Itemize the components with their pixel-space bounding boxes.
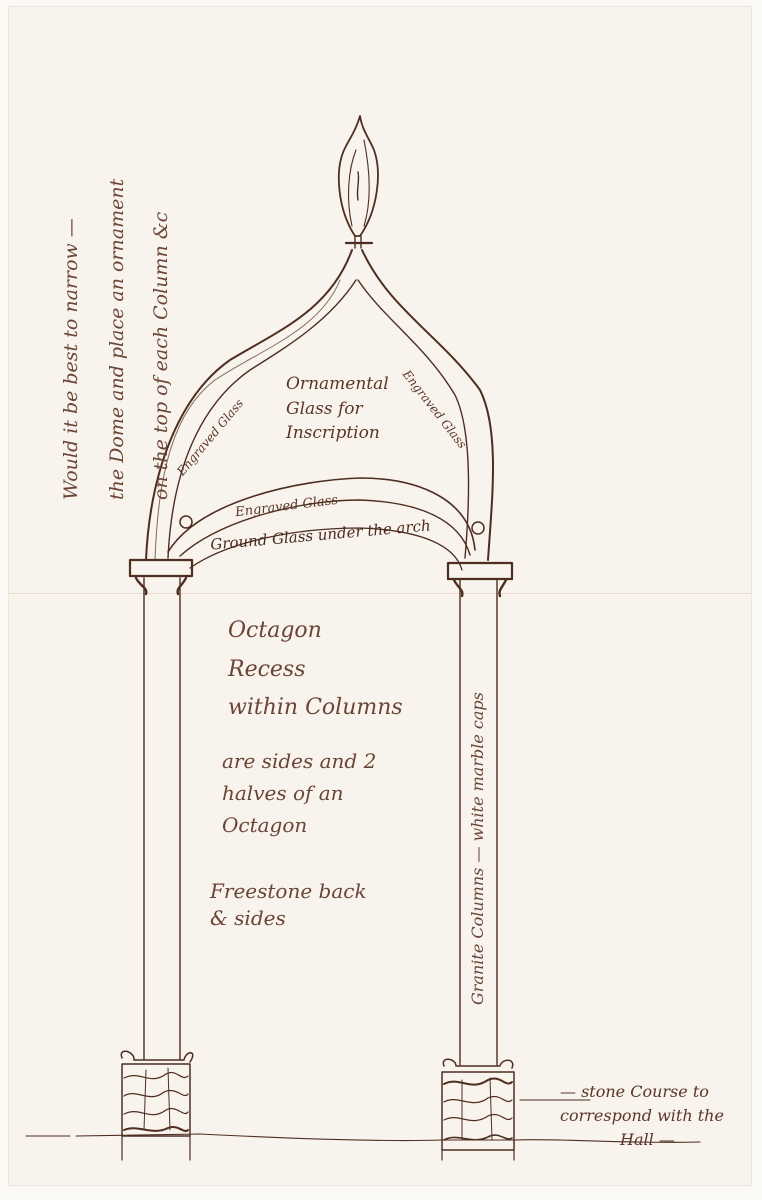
freestone-line-1: Freestone back (210, 878, 367, 905)
finial-flame-icon (339, 116, 378, 248)
ornament-line-2: Glass for (286, 397, 389, 422)
right-column-pedestal (442, 1059, 514, 1160)
inner-round-arch (168, 478, 484, 570)
margin-note-line-3: on the top of each Column &c (152, 212, 171, 500)
margin-note-line-2: the Dome and place an ornament (108, 179, 127, 500)
stone-course-line-1: — stone Course to (560, 1080, 724, 1104)
octagon-recess-label: Octagon Recess within Columns (228, 612, 403, 728)
freestone-label: Freestone back & sides (210, 878, 367, 932)
granite-column-label: Granite Columns — white marble caps (470, 692, 486, 1005)
margin-note-line-1: Would it be best to narrow — (62, 218, 81, 500)
page: Would it be best to narrow — the Dome an… (0, 0, 762, 1200)
left-column-capital (130, 560, 192, 594)
freestone-line-2: & sides (210, 905, 367, 932)
stone-course-line-2: correspond with the (560, 1104, 724, 1128)
left-column-pedestal (121, 1051, 192, 1160)
octagon-sides-label: are sides and 2 halves of an Octagon (222, 745, 376, 841)
recess-line-3: within Columns (228, 689, 403, 728)
recess-line-1: Octagon (228, 612, 403, 651)
sides-line-3: Octagon (222, 809, 376, 841)
stone-course-line-3: Hall — (560, 1128, 724, 1152)
sides-line-1: are sides and 2 (222, 745, 376, 777)
ornament-line-3: Inscription (286, 421, 389, 446)
sides-line-2: halves of an (222, 777, 376, 809)
recess-line-2: Recess (228, 651, 403, 690)
stone-course-note: — stone Course to correspond with the Ha… (560, 1080, 724, 1152)
ornamental-glass-label: Ornamental Glass for Inscription (286, 372, 389, 446)
right-column-capital (448, 563, 512, 596)
ornament-line-1: Ornamental (286, 372, 389, 397)
left-column-shaft (144, 578, 180, 1060)
